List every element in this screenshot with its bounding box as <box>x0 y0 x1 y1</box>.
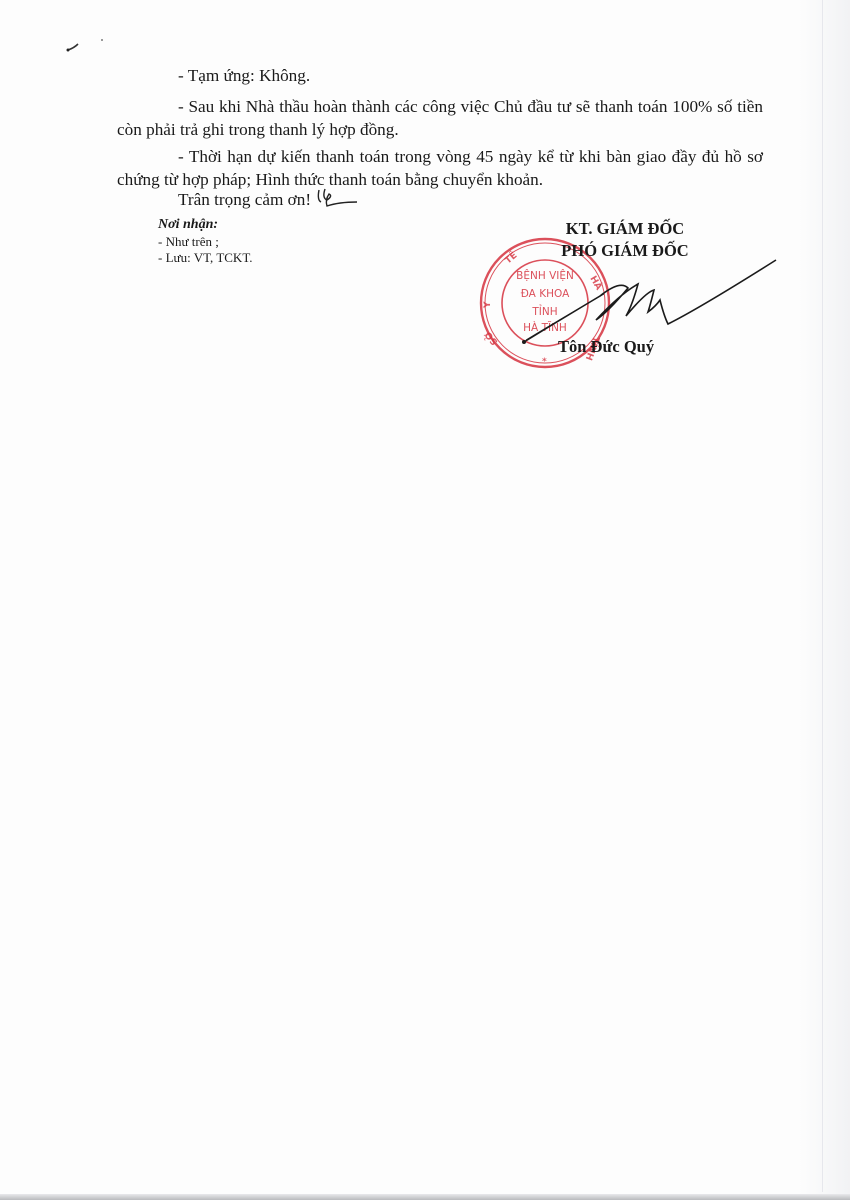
page-bottom-edge <box>0 1194 850 1200</box>
recipient-item: - Như trên ; <box>158 234 253 250</box>
paragraph-payment-after-completion: - Sau khi Nhà thầu hoàn thành các công v… <box>117 95 763 141</box>
paragraph-advance: - Tạm ứng: Không. <box>117 64 310 87</box>
scan-edge-line <box>822 0 823 1192</box>
svg-text:Y: Y <box>483 301 493 309</box>
handwritten-initials <box>313 186 361 210</box>
recipient-item: - Lưu: VT, TCKT. <box>158 250 253 266</box>
closing-line: Trân trọng cảm ơn! <box>117 188 311 211</box>
paragraph-payment-deadline: - Thời hạn dự kiến thanh toán trong vòng… <box>117 145 763 191</box>
recipients-title: Nơi nhận: <box>158 216 253 234</box>
signer-name: Tôn Đức Quý <box>558 337 688 357</box>
scan-speck-mark <box>62 36 122 56</box>
recipients-block: Nơi nhận: - Như trên ; - Lưu: VT, TCKT. <box>158 216 253 266</box>
signer-role-line-1: KT. GIÁM ĐỐC <box>520 218 730 240</box>
